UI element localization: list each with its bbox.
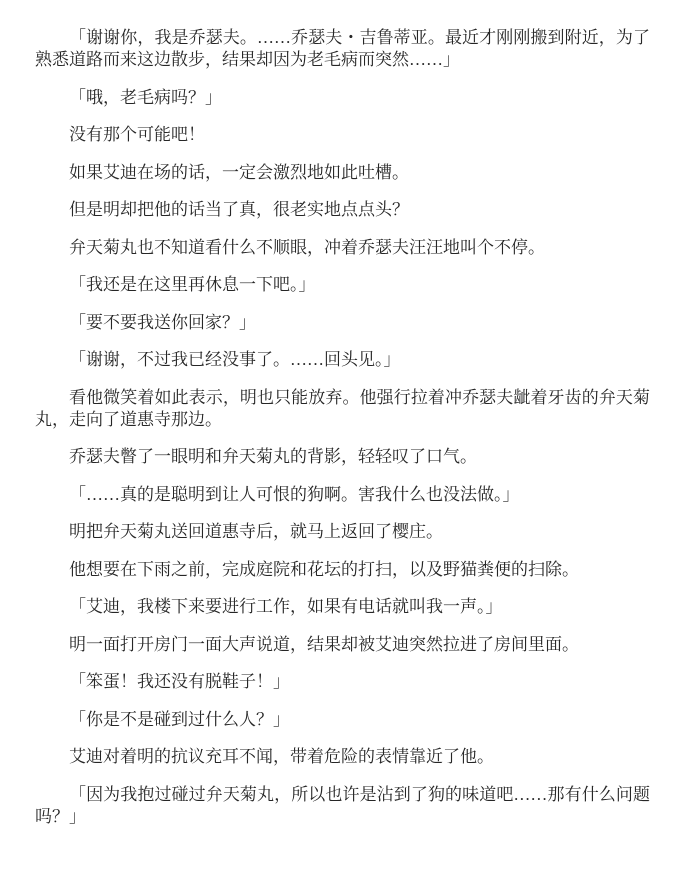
paragraph: 明把弁天菊丸送回道惠寺后，就马上返回了樱庄。 xyxy=(35,521,650,543)
paragraph: 没有那个可能吧！ xyxy=(35,124,650,146)
paragraph: 「要不要我送你回家？」 xyxy=(35,312,650,334)
paragraph: 弁天菊丸也不知道看什么不顺眼，冲着乔瑟夫汪汪地叫个不停。 xyxy=(35,237,650,259)
paragraph: 他想要在下雨之前，完成庭院和花坛的打扫，以及野猫粪便的扫除。 xyxy=(35,559,650,581)
paragraph: 「……真的是聪明到让人可恨的狗啊。害我什么也没法做。」 xyxy=(35,484,650,506)
paragraph: 「因为我抱过碰过弁天菊丸，所以也许是沾到了狗的味道吧……那有什么问题吗？」 xyxy=(35,784,650,828)
paragraph: 明一面打开房门一面大声说道，结果却被艾迪突然拉进了房间里面。 xyxy=(35,634,650,656)
paragraph: 「我还是在这里再休息一下吧。」 xyxy=(35,274,650,296)
paragraph: 看他微笑着如此表示，明也只能放弃。他强行拉着冲乔瑟夫龇着牙齿的弁天菊丸，走向了道… xyxy=(35,387,650,431)
paragraph: 「哦，老毛病吗？」 xyxy=(35,87,650,109)
paragraph: 「你是不是碰到过什么人？」 xyxy=(35,709,650,731)
paragraph: 如果艾迪在场的话，一定会激烈地如此吐槽。 xyxy=(35,162,650,184)
paragraph: 「谢谢，不过我已经没事了。……回头见。」 xyxy=(35,349,650,371)
paragraph: 「谢谢你，我是乔瑟夫。……乔瑟夫・吉鲁蒂亚。最近才刚刚搬到附近，为了熟悉道路而来… xyxy=(35,27,650,71)
paragraph: 但是明却把他的话当了真，很老实地点点头？ xyxy=(35,199,650,221)
paragraph: 艾迪对着明的抗议充耳不闻，带着危险的表情靠近了他。 xyxy=(35,746,650,768)
paragraph: 「艾迪，我楼下来要进行工作，如果有电话就叫我一声。」 xyxy=(35,596,650,618)
novel-text-block: 「谢谢你，我是乔瑟夫。……乔瑟夫・吉鲁蒂亚。最近才刚刚搬到附近，为了熟悉道路而来… xyxy=(35,27,650,828)
document-page: 「谢谢你，我是乔瑟夫。……乔瑟夫・吉鲁蒂亚。最近才刚刚搬到附近，为了熟悉道路而来… xyxy=(0,0,680,880)
paragraph: 「笨蛋！我还没有脱鞋子！」 xyxy=(35,671,650,693)
paragraph: 乔瑟夫瞥了一眼明和弁天菊丸的背影，轻轻叹了口气。 xyxy=(35,446,650,468)
